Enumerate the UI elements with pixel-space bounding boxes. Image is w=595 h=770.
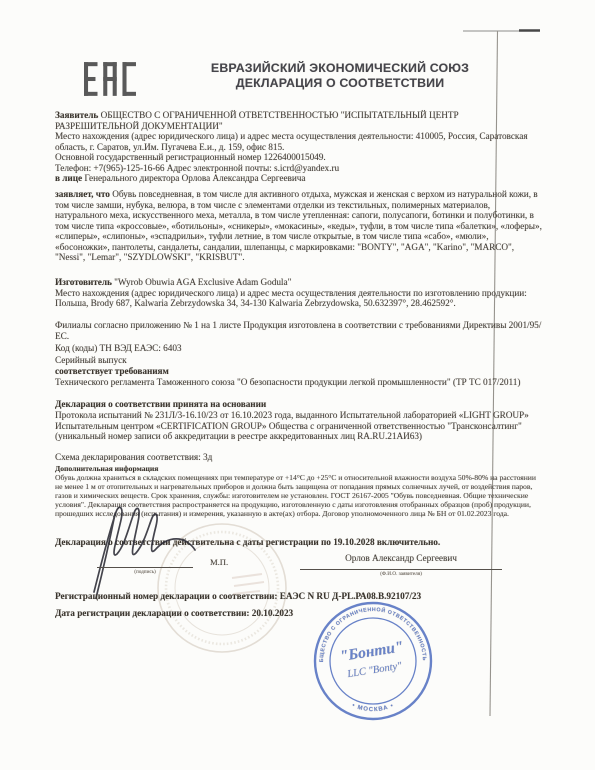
manufacturer-address: Место нахождения (адрес юридического лиц… — [55, 288, 544, 309]
product-description: Обувь повседневная, в том числе для акти… — [55, 189, 542, 262]
signer-name-caption: (Ф.И.О. заявителя) — [300, 571, 502, 577]
tnved-code-line: Код (коды) ТН ВЭД ЕАЭС: 6403 — [55, 343, 544, 354]
applicant-section: Заявитель ОБЩЕСТВО С ОГРАНИЧЕННОЙ ОТВЕТС… — [55, 110, 544, 184]
regulation-line: Технического регламента Таможенного союз… — [55, 377, 544, 388]
eac-logo — [84, 54, 138, 104]
signature-line — [97, 567, 193, 568]
reg-date-value: 20.10.2023 — [252, 608, 293, 618]
applicant-label: Заявитель — [55, 110, 98, 120]
stamp-place-label: М.П. — [210, 557, 228, 567]
applicant-representative: в лице Генерального директора Орлова Але… — [55, 173, 544, 184]
manufacturer-section: Изготовитель "Wyrob Obuwia AGA Exclusive… — [55, 277, 544, 309]
manufacturer-line: Изготовитель "Wyrob Obuwia AGA Exclusive… — [55, 277, 544, 288]
manufacturer-label: Изготовитель — [55, 277, 112, 287]
blue-stamp-name-en: LLC "Bonty" — [346, 661, 403, 681]
applicant-name: ОБЩЕСТВО С ОГРАНИЧЕННОЙ ОТВЕТСТВЕННОСТЬЮ… — [55, 110, 459, 131]
applicant-line: Заявитель ОБЩЕСТВО С ОГРАНИЧЕННОЙ ОТВЕТС… — [55, 110, 544, 131]
product-description-paragraph: заявляет, что Обувь повседневная, в том … — [55, 189, 544, 263]
signature-scribble — [82, 498, 204, 600]
representative-label: в лице — [55, 173, 82, 183]
reg-date-line: Дата регистрации декларации о соответств… — [55, 608, 544, 619]
reg-date-label: Дата регистрации декларации о соответств… — [55, 608, 250, 618]
representative-name: Генерального директора Орлова Александра… — [84, 173, 305, 183]
declares-label: заявляет, что — [55, 189, 110, 199]
applicant-ogrn: Основной государственный регистрационный… — [55, 152, 544, 163]
product-section: заявляет, что Обувь повседневная, в том … — [55, 189, 544, 263]
branches-line: Филиалы согласно приложению № 1 на 1 лис… — [55, 320, 544, 341]
reg-number-label: Регистрационный номер декларации о соотв… — [55, 591, 278, 601]
basis-text: Протокола испытаний № 231Л/3-16.10/23 от… — [55, 410, 544, 442]
release-type-line: Серийный выпуск — [55, 355, 544, 366]
signature-caption: (подпись) — [97, 569, 193, 575]
basis-label: Декларация о соответствии принята на осн… — [55, 399, 544, 410]
header-doc-title: ДЕКЛАРАЦИЯ О СООТВЕТСТВИИ — [160, 76, 520, 91]
applicant-contacts: Телефон: +7(965)-125-16-66 Адрес электро… — [55, 163, 544, 174]
manufacturer-name: "Wyrob Obuwia AGA Exclusive Adam Godula" — [114, 277, 291, 287]
additional-info-label: Дополнительная информация — [55, 464, 544, 473]
document-header: ЕВРАЗИЙСКИЙ ЭКОНОМИЧЕСКИЙ СОЮЗ ДЕКЛАРАЦИ… — [160, 61, 520, 90]
signer-name: Орлов Александр Сергеевич — [300, 553, 502, 563]
header-union-title: ЕВРАЗИЙСКИЙ ЭКОНОМИЧЕСКИЙ СОЮЗ — [160, 61, 520, 76]
eac-logo-glyphs — [84, 62, 136, 96]
signer-name-line — [300, 569, 502, 570]
scheme-line: Схема декларирования соответствия: 3д — [55, 452, 544, 463]
reg-number-line: Регистрационный номер декларации о соотв… — [55, 591, 544, 602]
applicant-address: Место нахождения (адрес юридического лиц… — [55, 131, 544, 152]
meets-requirements-label: соответствует требованиям — [55, 366, 544, 377]
declaration-document-scan: ЕВРАЗИЙСКИЙ ЭКОНОМИЧЕСКИЙ СОЮЗ ДЕКЛАРАЦИ… — [0, 0, 595, 770]
blue-round-stamp: ОБЩЕСТВО С ОГРАНИЧЕННОЙ ОТВЕТСТВЕННОСТЬЮ… — [308, 596, 438, 726]
